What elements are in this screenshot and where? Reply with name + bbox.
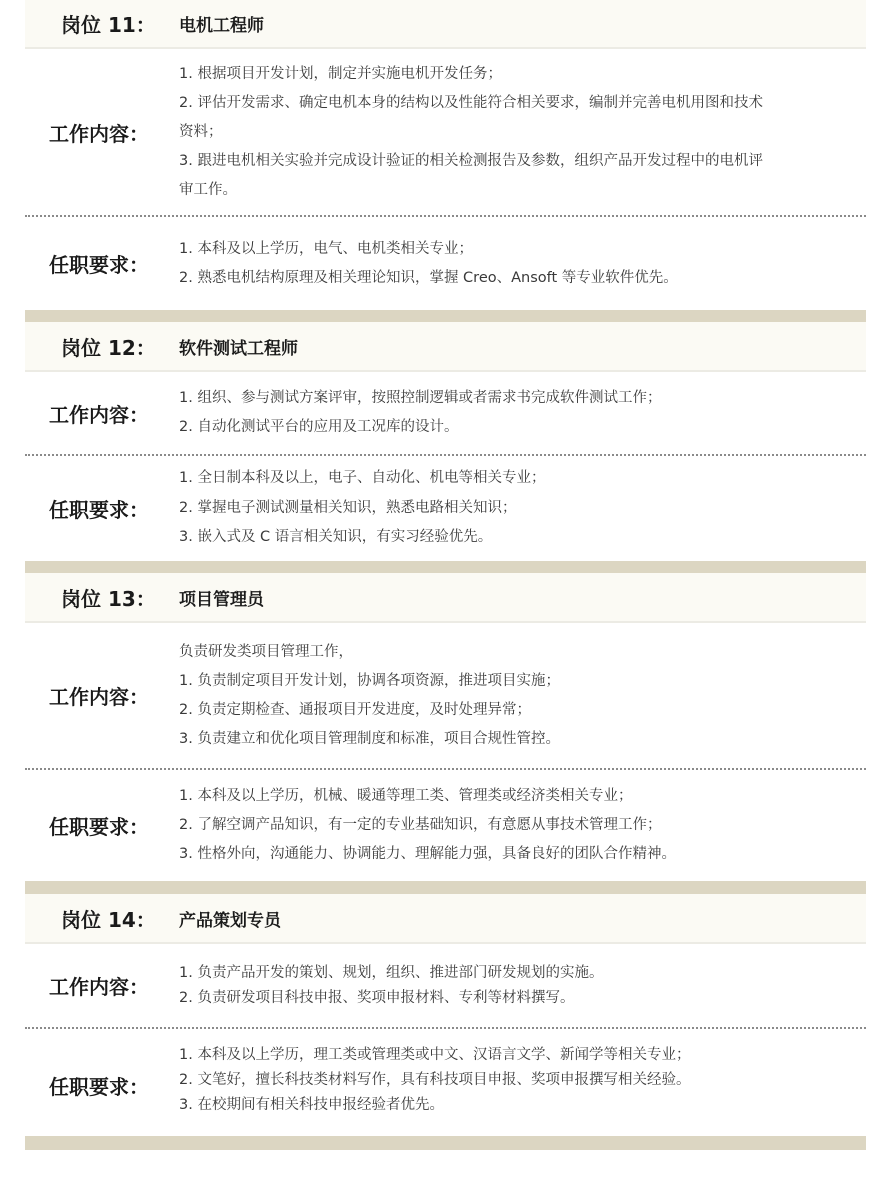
list-item: 2. 自动化测试平台的应用及工况库的设计。 [179, 413, 661, 442]
list-item: 1. 负责制定项目开发计划，协调各项资源，推进项目实施； [179, 667, 560, 696]
work-content-block: 工作内容： 1. 根据项目开发计划，制定并实施电机开发任务； 2. 评估开发需求… [25, 49, 866, 215]
requirements-label: 任职要求： [25, 811, 179, 840]
requirements-label: 任职要求： [25, 249, 179, 278]
position-header: 岗位 13： 项目管理员 [25, 573, 866, 623]
position-title: 项目管理员 [179, 585, 264, 610]
position-number: 岗位 12： [61, 332, 179, 361]
requirements-list: 1. 全日制本科及以上，电子、自动化、机电等相关专业； 2. 掌握电子测试测量相… [179, 464, 545, 553]
requirements-block: 任职要求： 1. 本科及以上学历，机械、暖通等理工类、管理类或经济类相关专业； … [25, 770, 866, 881]
requirements-list: 1. 本科及以上学历，理工类或管理类或中文、汉语言文学、新闻学等相关专业； 2.… [179, 1043, 690, 1118]
section-separator [25, 310, 866, 322]
position-number: 岗位 11： [61, 9, 179, 38]
list-item: 3. 负责建立和优化项目管理制度和标准，项目合规性管控。 [179, 725, 560, 754]
requirements-block: 任职要求： 1. 本科及以上学历，电气、电机类相关专业； 2. 熟悉电机结构原理… [25, 217, 866, 310]
requirements-block: 任职要求： 1. 全日制本科及以上，电子、自动化、机电等相关专业； 2. 掌握电… [25, 456, 866, 561]
list-item: 2. 熟悉电机结构原理及相关理论知识，掌握 Creo、Ansoft 等专业软件优… [179, 264, 678, 293]
list-item: 审工作。 [179, 176, 763, 205]
position-title: 电机工程师 [179, 11, 264, 36]
section-separator [25, 881, 866, 894]
work-content-list: 1. 根据项目开发计划，制定并实施电机开发任务； 2. 评估开发需求、确定电机本… [179, 60, 763, 205]
list-item: 3. 性格外向，沟通能力、协调能力、理解能力强，具备良好的团队合作精神。 [179, 840, 676, 869]
list-item: 1. 本科及以上学历，机械、暖通等理工类、管理类或经济类相关专业； [179, 782, 676, 811]
list-item: 1. 本科及以上学历，电气、电机类相关专业； [179, 235, 678, 264]
work-content-label: 工作内容： [25, 118, 179, 147]
position-header: 岗位 12： 软件测试工程师 [25, 322, 866, 372]
requirements-block: 任职要求： 1. 本科及以上学历，理工类或管理类或中文、汉语言文学、新闻学等相关… [25, 1029, 866, 1136]
list-item: 3. 跟进电机相关实验并完成设计验证的相关检测报告及参数，组织产品开发过程中的电… [179, 147, 763, 176]
list-item: 2. 掌握电子测试测量相关知识，熟悉电路相关知识； [179, 494, 545, 524]
list-item: 2. 负责研发项目科技申报、奖项申报材料、专利等材料撰写。 [179, 986, 603, 1011]
list-item: 3. 嵌入式及 C 语言相关知识，有实习经验优先。 [179, 523, 545, 553]
position-number: 岗位 14： [61, 904, 179, 933]
position-header: 岗位 14： 产品策划专员 [25, 894, 866, 944]
list-item: 2. 文笔好，擅长科技类材料写作，具有科技项目申报、奖项申报撰写相关经验。 [179, 1068, 690, 1093]
requirements-label: 任职要求： [25, 1071, 179, 1100]
work-content-label: 工作内容： [25, 681, 179, 710]
list-item: 2. 负责定期检查、通报项目开发进度，及时处理异常； [179, 696, 560, 725]
work-content-block: 工作内容： 负责研发类项目管理工作， 1. 负责制定项目开发计划，协调各项资源，… [25, 623, 866, 768]
list-item: 资料； [179, 118, 763, 147]
work-content-list: 1. 负责产品开发的策划、规划，组织、推进部门研发规划的实施。 2. 负责研发项… [179, 961, 603, 1011]
requirements-list: 1. 本科及以上学历，电气、电机类相关专业； 2. 熟悉电机结构原理及相关理论知… [179, 235, 678, 293]
list-item: 负责研发类项目管理工作， [179, 638, 560, 667]
section-separator [25, 561, 866, 573]
position-title: 产品策划专员 [179, 906, 281, 931]
list-item: 2. 了解空调产品知识，有一定的专业基础知识，有意愿从事技术管理工作； [179, 811, 676, 840]
work-content-label: 工作内容： [25, 971, 179, 1000]
list-item: 3. 在校期间有相关科技申报经验者优先。 [179, 1093, 690, 1118]
work-content-label: 工作内容： [25, 399, 179, 428]
requirements-label: 任职要求： [25, 494, 179, 523]
list-item: 1. 根据项目开发计划，制定并实施电机开发任务； [179, 60, 763, 89]
list-item: 1. 组织、参与测试方案评审，按照控制逻辑或者需求书完成软件测试工作； [179, 384, 661, 413]
list-item: 1. 本科及以上学历，理工类或管理类或中文、汉语言文学、新闻学等相关专业； [179, 1043, 690, 1068]
list-item: 1. 负责产品开发的策划、规划，组织、推进部门研发规划的实施。 [179, 961, 603, 986]
position-number: 岗位 13： [61, 583, 179, 612]
work-content-block: 工作内容： 1. 组织、参与测试方案评审，按照控制逻辑或者需求书完成软件测试工作… [25, 372, 866, 454]
requirements-list: 1. 本科及以上学历，机械、暖通等理工类、管理类或经济类相关专业； 2. 了解空… [179, 782, 676, 869]
list-item: 1. 全日制本科及以上，电子、自动化、机电等相关专业； [179, 464, 545, 494]
position-header: 岗位 11： 电机工程师 [25, 0, 866, 49]
job-listing: 岗位 11： 电机工程师 工作内容： 1. 根据项目开发计划，制定并实施电机开发… [25, 0, 866, 1150]
section-separator [25, 1136, 866, 1150]
work-content-list: 1. 组织、参与测试方案评审，按照控制逻辑或者需求书完成软件测试工作； 2. 自… [179, 384, 661, 442]
work-content-list: 负责研发类项目管理工作， 1. 负责制定项目开发计划，协调各项资源，推进项目实施… [179, 638, 560, 754]
position-title: 软件测试工程师 [179, 334, 298, 359]
work-content-block: 工作内容： 1. 负责产品开发的策划、规划，组织、推进部门研发规划的实施。 2.… [25, 944, 866, 1027]
list-item: 2. 评估开发需求、确定电机本身的结构以及性能符合相关要求，编制并完善电机用图和… [179, 89, 763, 118]
